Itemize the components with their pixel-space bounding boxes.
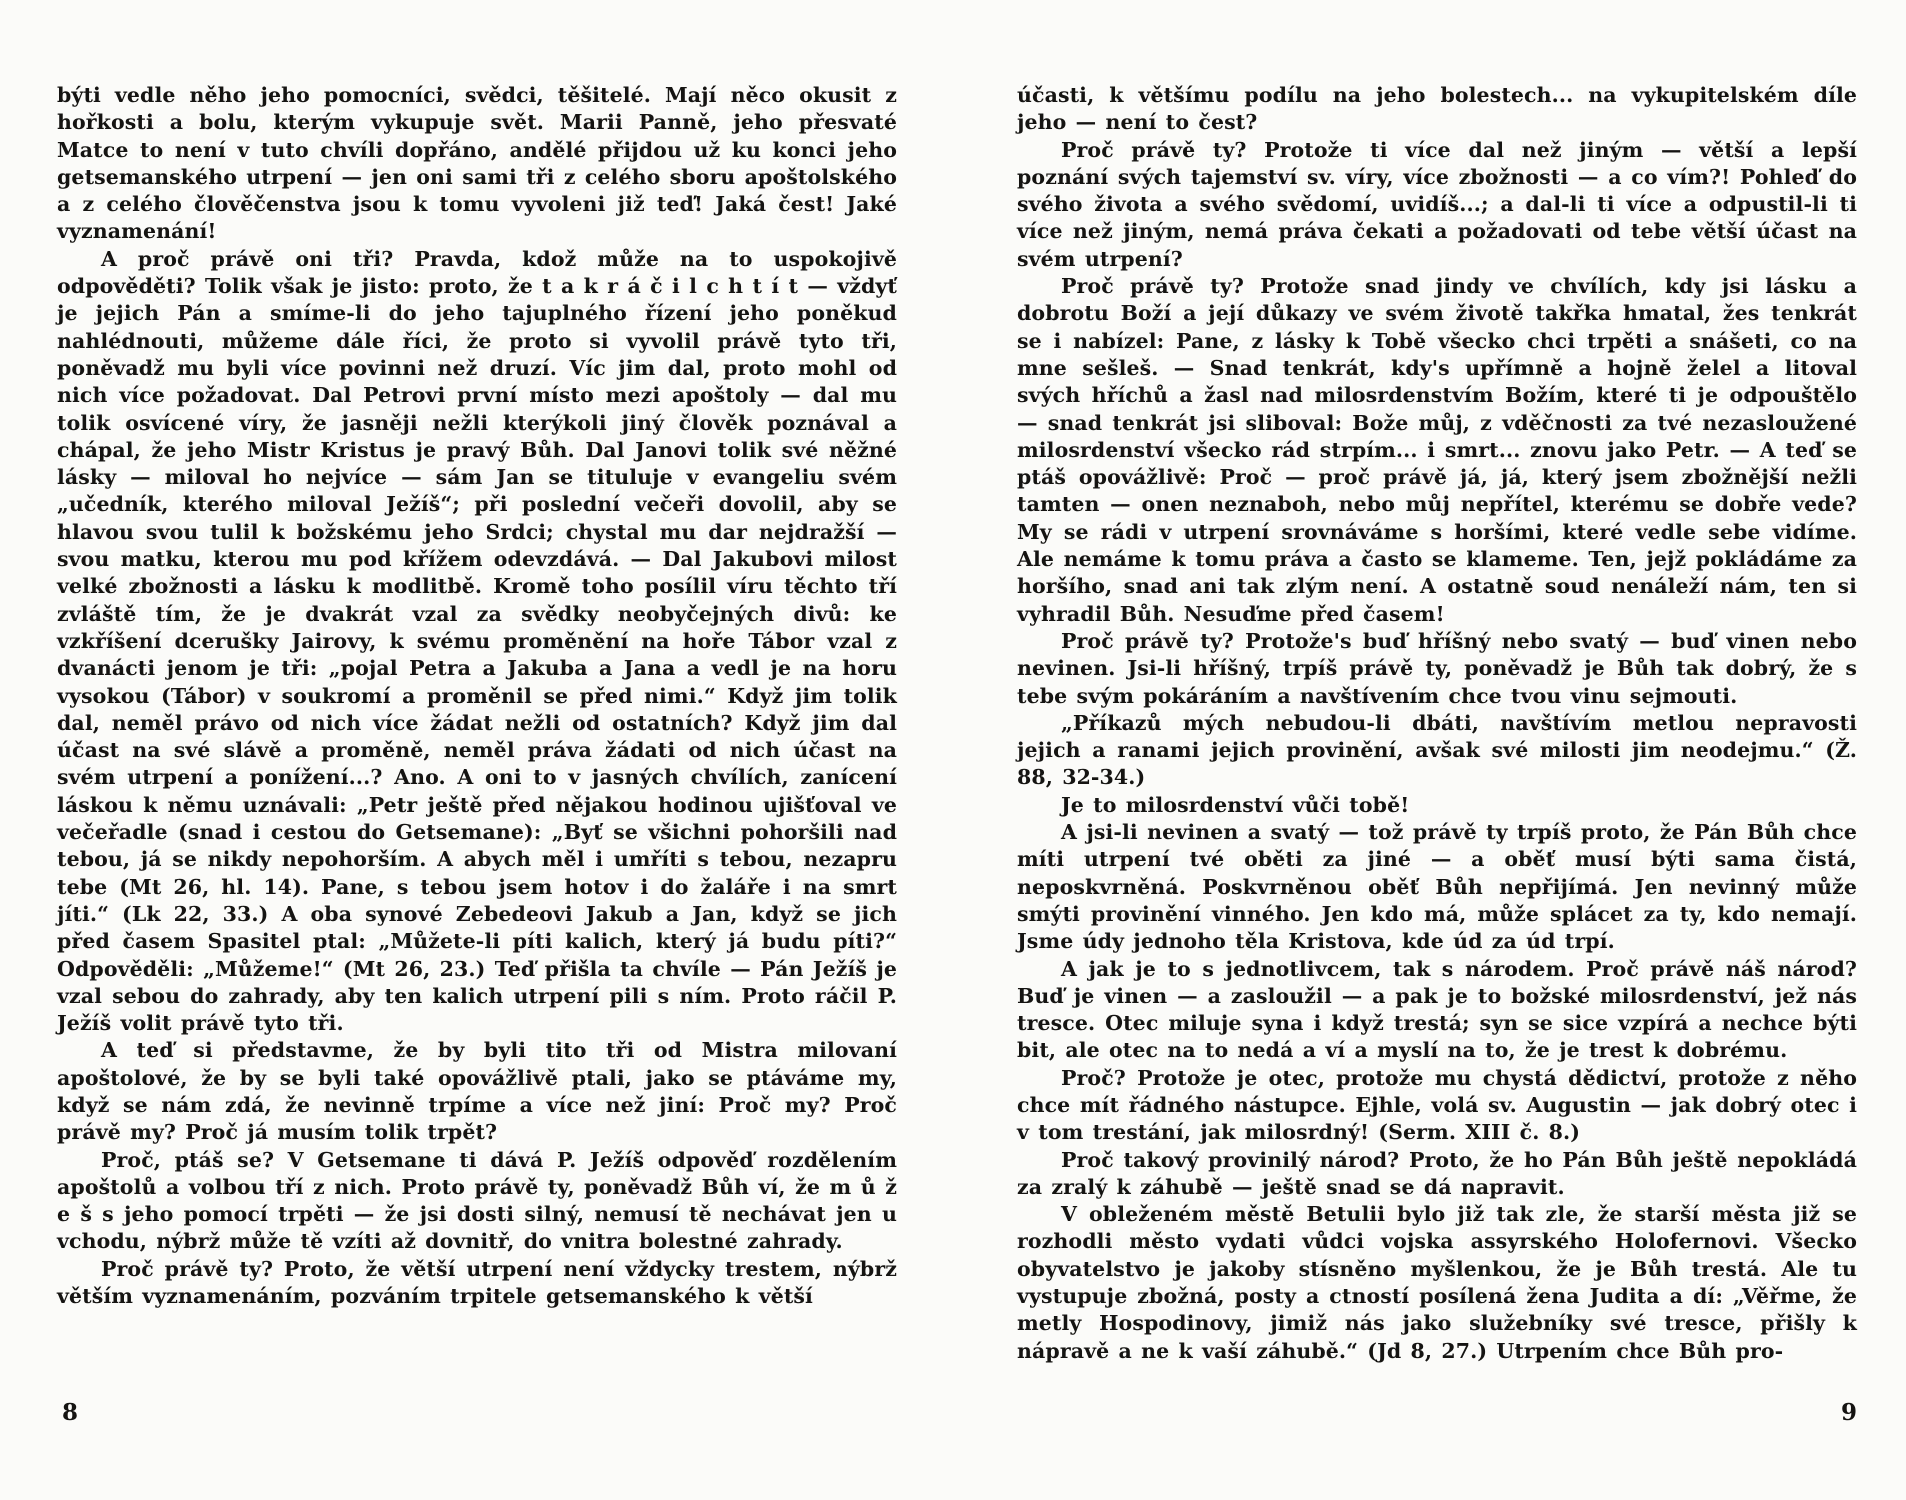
paragraph: Proč právě ty? Protože ti více dal než j… (1017, 137, 1857, 273)
paragraph: Proč právě ty? Proto, že větší utrpení n… (57, 1256, 897, 1311)
paragraph: Proč právě ty? Protože snad jindy ve chv… (1017, 273, 1857, 628)
paragraph: býti vedle něho jeho pomocníci, svědci, … (57, 82, 897, 246)
paragraph: účasti, k většímu podílu na jeho boleste… (1017, 82, 1857, 137)
paragraph: A proč právě oni tři? Pravda, kdož může … (57, 246, 897, 1038)
paragraph: Proč? Protože je otec, protože mu chystá… (1017, 1065, 1857, 1147)
book-spread: býti vedle něho jeho pomocníci, svědci, … (0, 0, 1906, 1500)
paragraph: Proč takový provinilý národ? Proto, že h… (1017, 1147, 1857, 1202)
paragraph: Je to milosrdenství vůči tobě! (1017, 792, 1857, 819)
paragraph: A jak je to s jednotlivcem, tak s národe… (1017, 956, 1857, 1065)
paragraph: V obleženém městě Betulii bylo již tak z… (1017, 1201, 1857, 1365)
paragraph: Proč právě ty? Protože's buď hříšný nebo… (1017, 628, 1857, 710)
page-number-left: 8 (62, 1398, 78, 1428)
paragraph: A jsi-li nevinen a svatý — tož právě ty … (1017, 819, 1857, 955)
paragraph: A teď si představme, že by byli tito tři… (57, 1037, 897, 1146)
page-number-right: 9 (1017, 1398, 1857, 1428)
paragraph: Proč, ptáš se? V Getsemane ti dává P. Je… (57, 1147, 897, 1256)
paragraph: „Příkazů mých nebudou-li dbáti, navštíví… (1017, 710, 1857, 792)
right-page-text-column: účasti, k většímu podílu na jeho boleste… (1017, 82, 1857, 1365)
left-page-text-column: býti vedle něho jeho pomocníci, svědci, … (57, 82, 897, 1310)
